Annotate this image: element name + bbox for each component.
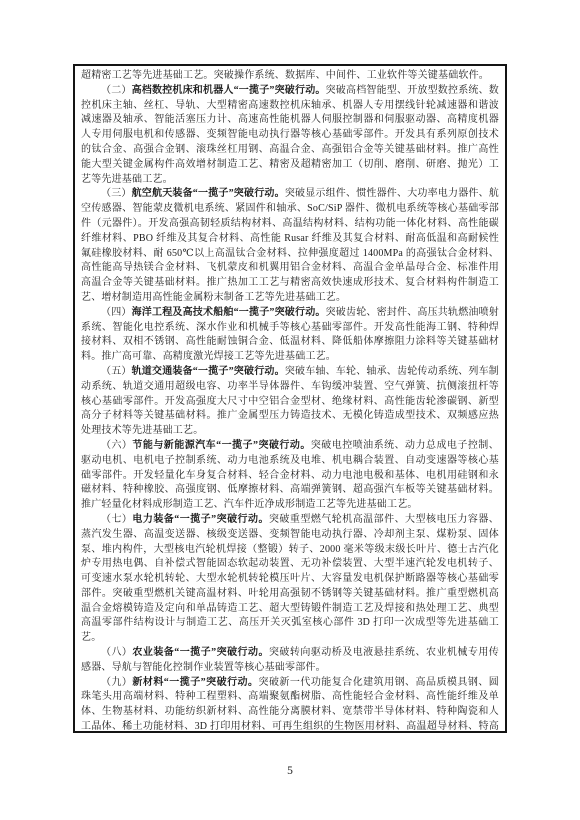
paragraph-lead: （四）	[101, 307, 132, 318]
paragraph: 超精密工艺等先进基础工艺。突破操作系统、数据库、中间件、工业软件等关键基础软件。	[81, 69, 499, 84]
paragraph-heading: 高档数控机床和机器人“一揽子”突破行动。	[132, 85, 326, 96]
paragraph-lead: （二）	[101, 85, 132, 96]
paragraph-heading: 轨道交通装备“一揽子”突破行动。	[132, 366, 285, 377]
paragraph-heading: 节能与新能源汽车“一揽子”突破行动。	[132, 440, 310, 451]
paragraph: （三）航空航天装备“一揽子”突破行动。突破显示组件、惯性器件、大功率电力器件、航…	[81, 187, 499, 305]
paragraph: （七）电力装备“一揽子”突破行动。突破重型燃气轮机高温部件、大型核电压力容器、蒸…	[81, 513, 499, 646]
paragraph-body: 突破重型燃气轮机高温部件、大型核电压力容器、蒸汽发生器、高温变送器、核级变送器、…	[81, 514, 499, 643]
paragraph: （二）高档数控机床和机器人“一揽子”突破行动。突破高档智能型、开放型数控系统、数…	[81, 84, 499, 188]
paragraph-lead: （三）	[101, 188, 132, 199]
paragraph: （五）轨道交通装备“一揽子”突破行动。突破车轴、车轮、轴承、齿轮传动系统、列车制…	[81, 365, 499, 439]
paragraph: （四）海洋工程及高技术船舶“一揽子”突破行动。突破齿轮、密封件、高压共轨燃油喷射…	[81, 306, 499, 365]
paragraph-lead: （八）	[101, 647, 132, 658]
document-page: 超精密工艺等先进基础工艺。突破操作系统、数据库、中间件、工业软件等关键基础软件。…	[0, 0, 580, 820]
paragraph-heading: 航空航天装备“一揽子”突破行动。	[132, 188, 285, 199]
paragraph-lead: （九）	[101, 677, 132, 688]
paragraph-heading: 海洋工程及高技术船舶“一揽子”突破行动。	[132, 307, 326, 318]
paragraph: （九）新材料“一揽子”突破行动。突破新一代功能复合化建筑用钢、高品质模具钢、圆珠…	[81, 676, 499, 733]
paragraph-heading: 农业装备“一揽子”突破行动。	[132, 647, 269, 658]
paragraph-heading: 新材料“一揽子”突破行动。	[132, 677, 258, 688]
paragraph-lead: （七）	[101, 514, 132, 525]
paragraph-body: 突破高档智能型、开放型数控系统、数控机床主轴、丝杠、导轨、大型精密高速数控机床轴…	[81, 85, 499, 185]
paragraph-body: 超精密工艺等先进基础工艺。突破操作系统、数据库、中间件、工业软件等关键基础软件。	[81, 70, 489, 81]
paragraph: （八）农业装备“一揽子”突破行动。突破转向驱动桥及电液悬挂系统、农业机械专用传感…	[81, 646, 499, 676]
paragraph-lead: （六）	[101, 440, 132, 451]
paragraph: （六）节能与新能源汽车“一揽子”突破行动。突破电控喷油系统、动力总成电子控制、驱…	[81, 439, 499, 513]
paragraph-heading: 电力装备“一揽子”突破行动。	[132, 514, 269, 525]
document-border-box: 超精密工艺等先进基础工艺。突破操作系统、数据库、中间件、工业软件等关键基础软件。…	[73, 64, 507, 733]
paragraph-lead: （五）	[101, 366, 132, 377]
page-number: 5	[0, 764, 580, 778]
paragraph-body: 突破显示组件、惯性器件、大功率电力器件、航空传感器、智能蒙皮微机电系统、紧固件和…	[81, 188, 499, 303]
